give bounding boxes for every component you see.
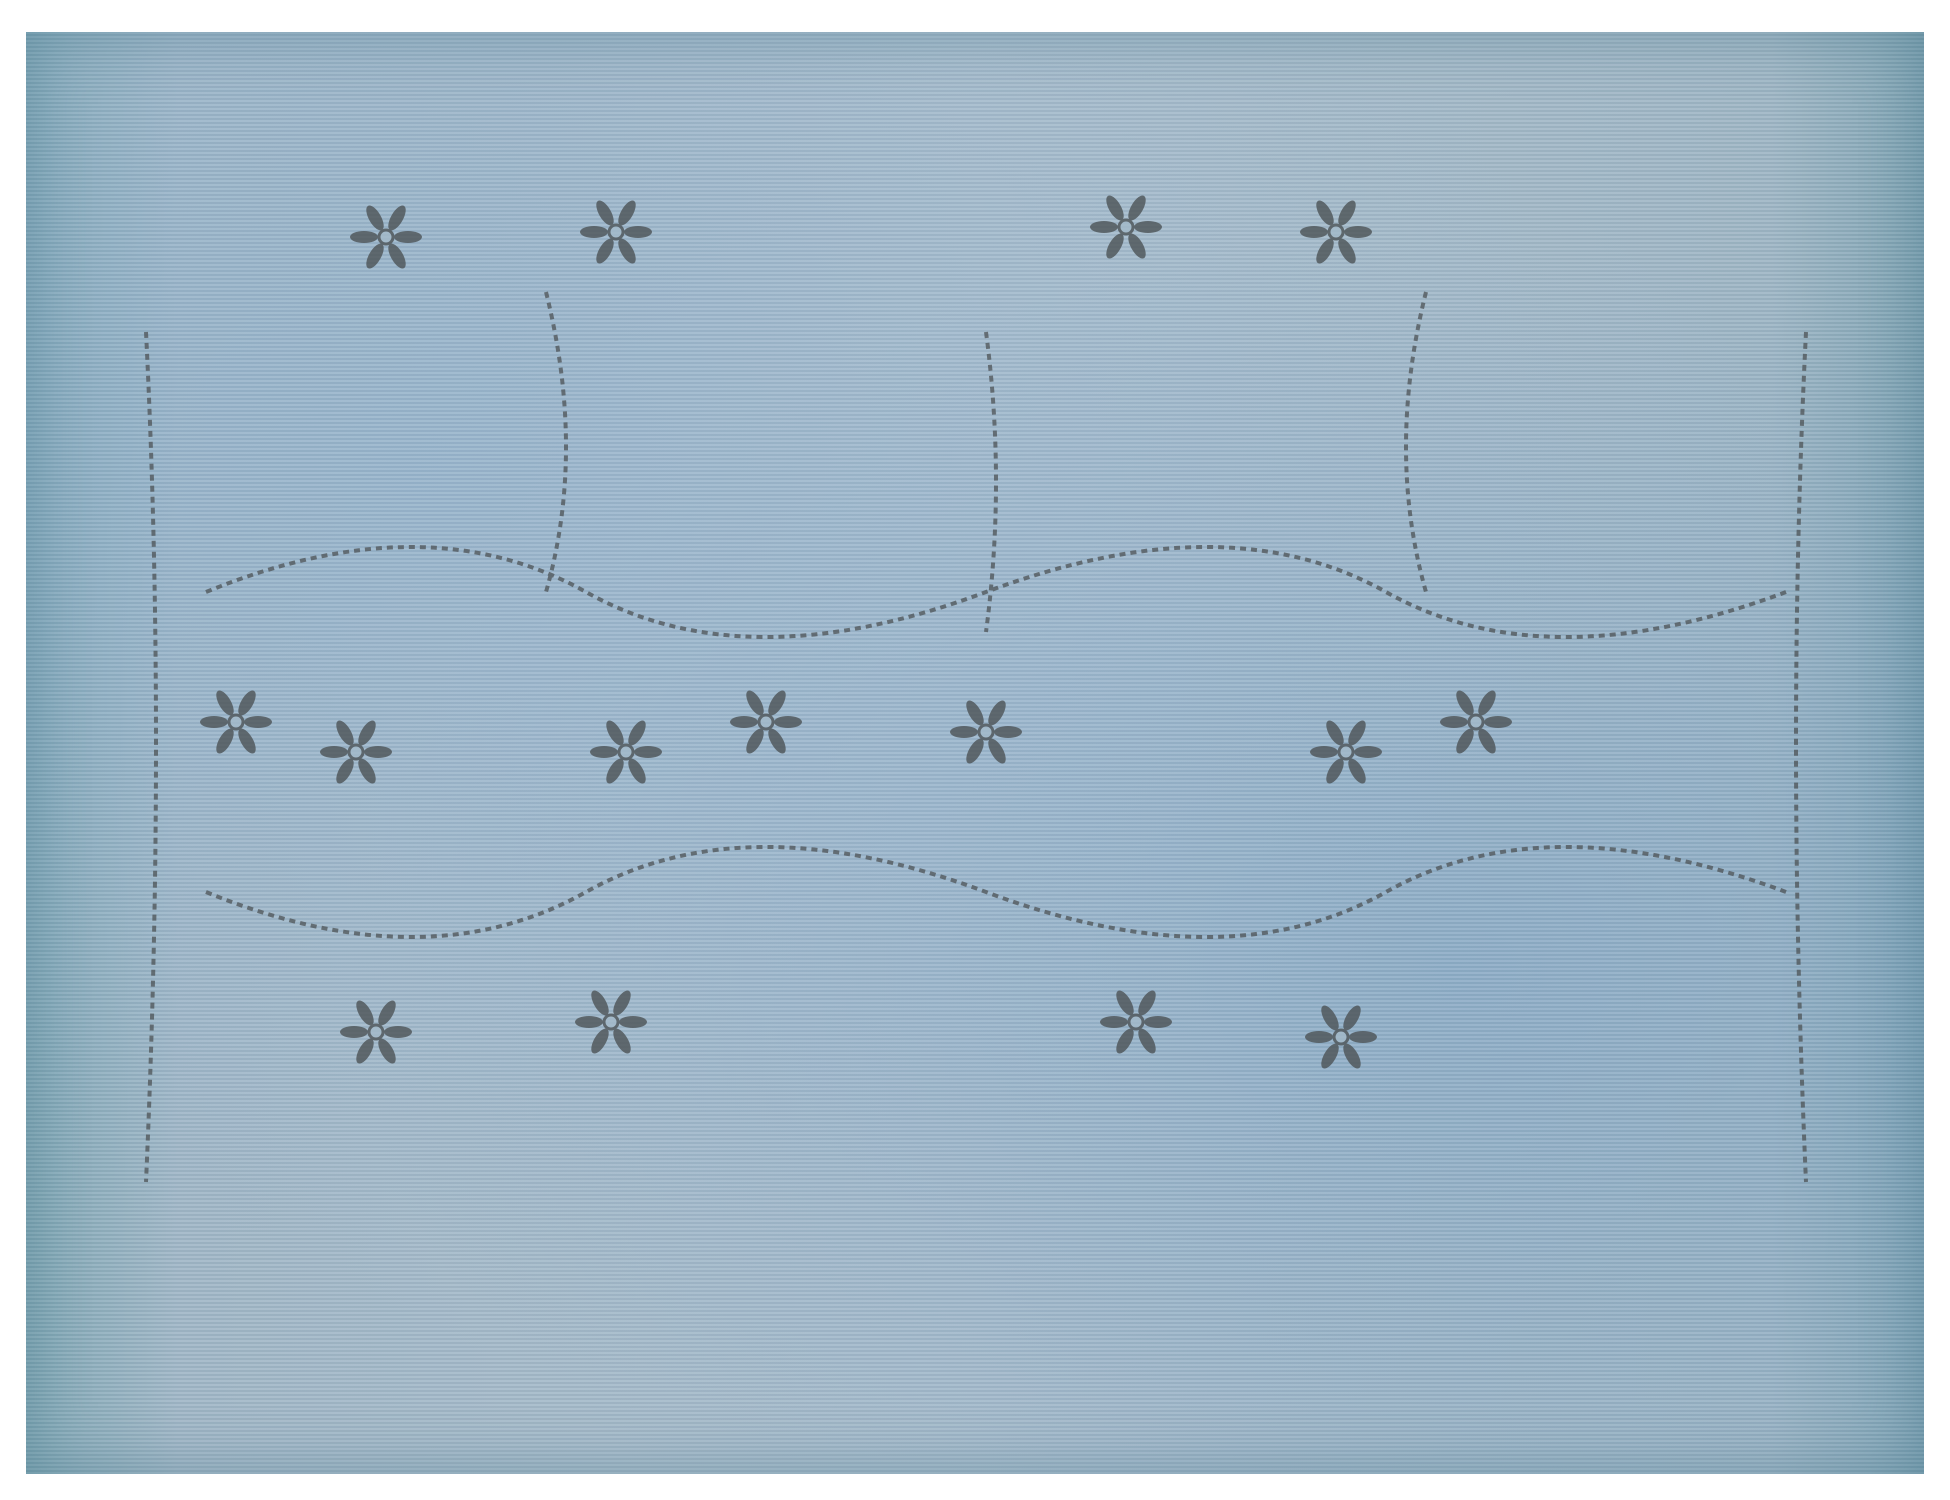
floral-pattern bbox=[26, 32, 1924, 1474]
rug-photo bbox=[26, 32, 1924, 1474]
